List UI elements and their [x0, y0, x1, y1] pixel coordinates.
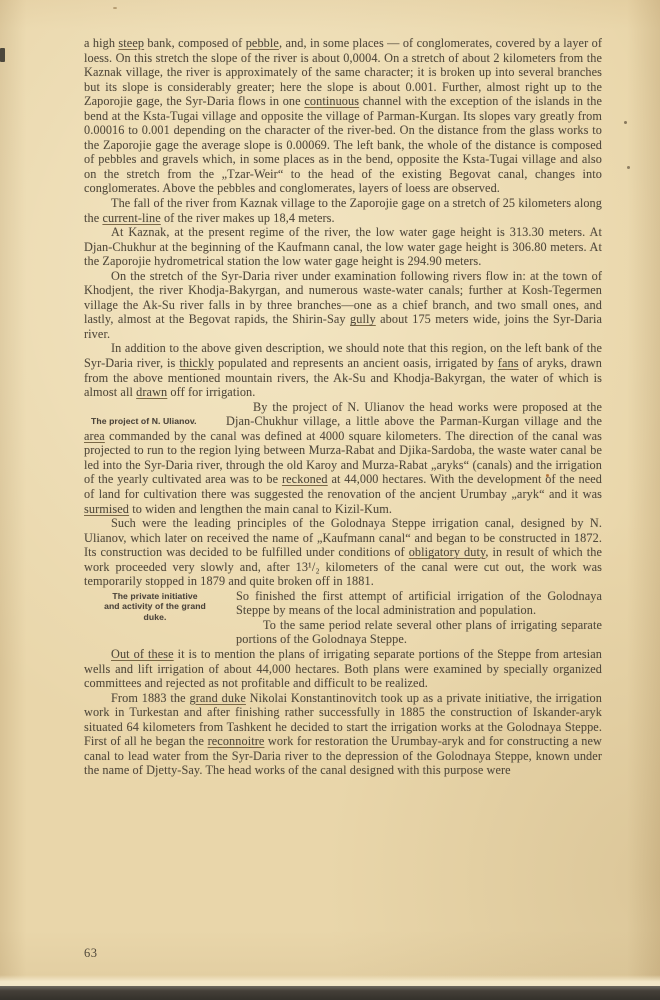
page-bottom-edge: [0, 975, 660, 986]
page-number: 63: [84, 946, 98, 961]
paper-speck: [113, 7, 117, 9]
underlined-text: gully: [350, 312, 376, 326]
text-segment: populated and represents an ancient oasi…: [214, 356, 498, 370]
underlined-text: continuous: [304, 94, 359, 108]
underlined-text: Out of these: [111, 647, 174, 661]
underlined-text: area: [84, 429, 105, 443]
text-segment: To the same period relate several other …: [236, 618, 602, 647]
text-segment: bank, composed of: [144, 36, 246, 50]
margin-note: The project of N. Ulianov.: [84, 400, 226, 428]
underlined-text: fans: [498, 356, 519, 370]
text-segment: of the river makes up 18,4 meters.: [161, 211, 335, 225]
scan-smudge: [0, 48, 5, 62]
text-segment: So finished the first attempt of artific…: [236, 589, 602, 618]
text-segment: a high: [84, 36, 118, 50]
text-segment: to widen and lengthen the main canal to …: [129, 502, 392, 516]
text-section: a high steep bank, composed of pebble, a…: [84, 36, 602, 400]
text-block: a high steep bank, composed of pebble, a…: [84, 36, 602, 778]
paragraph: Such were the leading principles of the …: [84, 516, 602, 589]
underlined-text: surmised: [84, 502, 129, 516]
text-segment: At Kaznak, at the present regime of the …: [84, 225, 602, 268]
paragraph: In addition to the above given descripti…: [84, 341, 602, 399]
underlined-text: current-line: [102, 211, 160, 225]
underlined-text: grand duke: [189, 691, 245, 705]
paragraph: On the stretch of the Syr-Daria river un…: [84, 269, 602, 342]
paper-speck: [627, 166, 630, 169]
paragraph: Out of these it is to mention the plans …: [84, 647, 602, 691]
underlined-text: reconnoitre: [208, 734, 265, 748]
underlined-text: obligatory duty: [409, 545, 486, 559]
underlined-text: reckoned: [282, 472, 328, 486]
margin-note: The private initiative and activity of t…: [84, 589, 236, 633]
paragraph: At Kaznak, at the present regime of the …: [84, 225, 602, 269]
text-section: The private initiative and activity of t…: [84, 589, 602, 647]
paragraph: The fall of the river from Kaznak villag…: [84, 196, 602, 225]
scan-dark-edge: [0, 986, 660, 1000]
document-page: a high steep bank, composed of pebble, a…: [0, 0, 660, 1000]
underlined-text: thickly: [179, 356, 214, 370]
text-section: Such were the leading principles of the …: [84, 516, 602, 589]
underlined-text: steep: [118, 36, 144, 50]
text-section: The project of N. Ulianov.By the project…: [84, 400, 602, 516]
paper-speck: [546, 474, 549, 477]
paragraph: From 1883 the grand duke Nikolai Konstan…: [84, 691, 602, 778]
text-section: Out of these it is to mention the plans …: [84, 647, 602, 778]
text-segment: By the project of N. Ulianov the head wo…: [226, 400, 602, 429]
underlined-text: drawn: [136, 385, 167, 399]
paragraph: a high steep bank, composed of pebble, a…: [84, 36, 602, 196]
underlined-text: pebble: [246, 36, 279, 50]
text-segment: off for irrigation.: [167, 385, 255, 399]
paper-speck: [437, 498, 439, 500]
paper-speck: [624, 121, 627, 124]
text-segment: channel with the exception of the island…: [84, 94, 602, 195]
text-segment: From 1883 the: [111, 691, 189, 705]
